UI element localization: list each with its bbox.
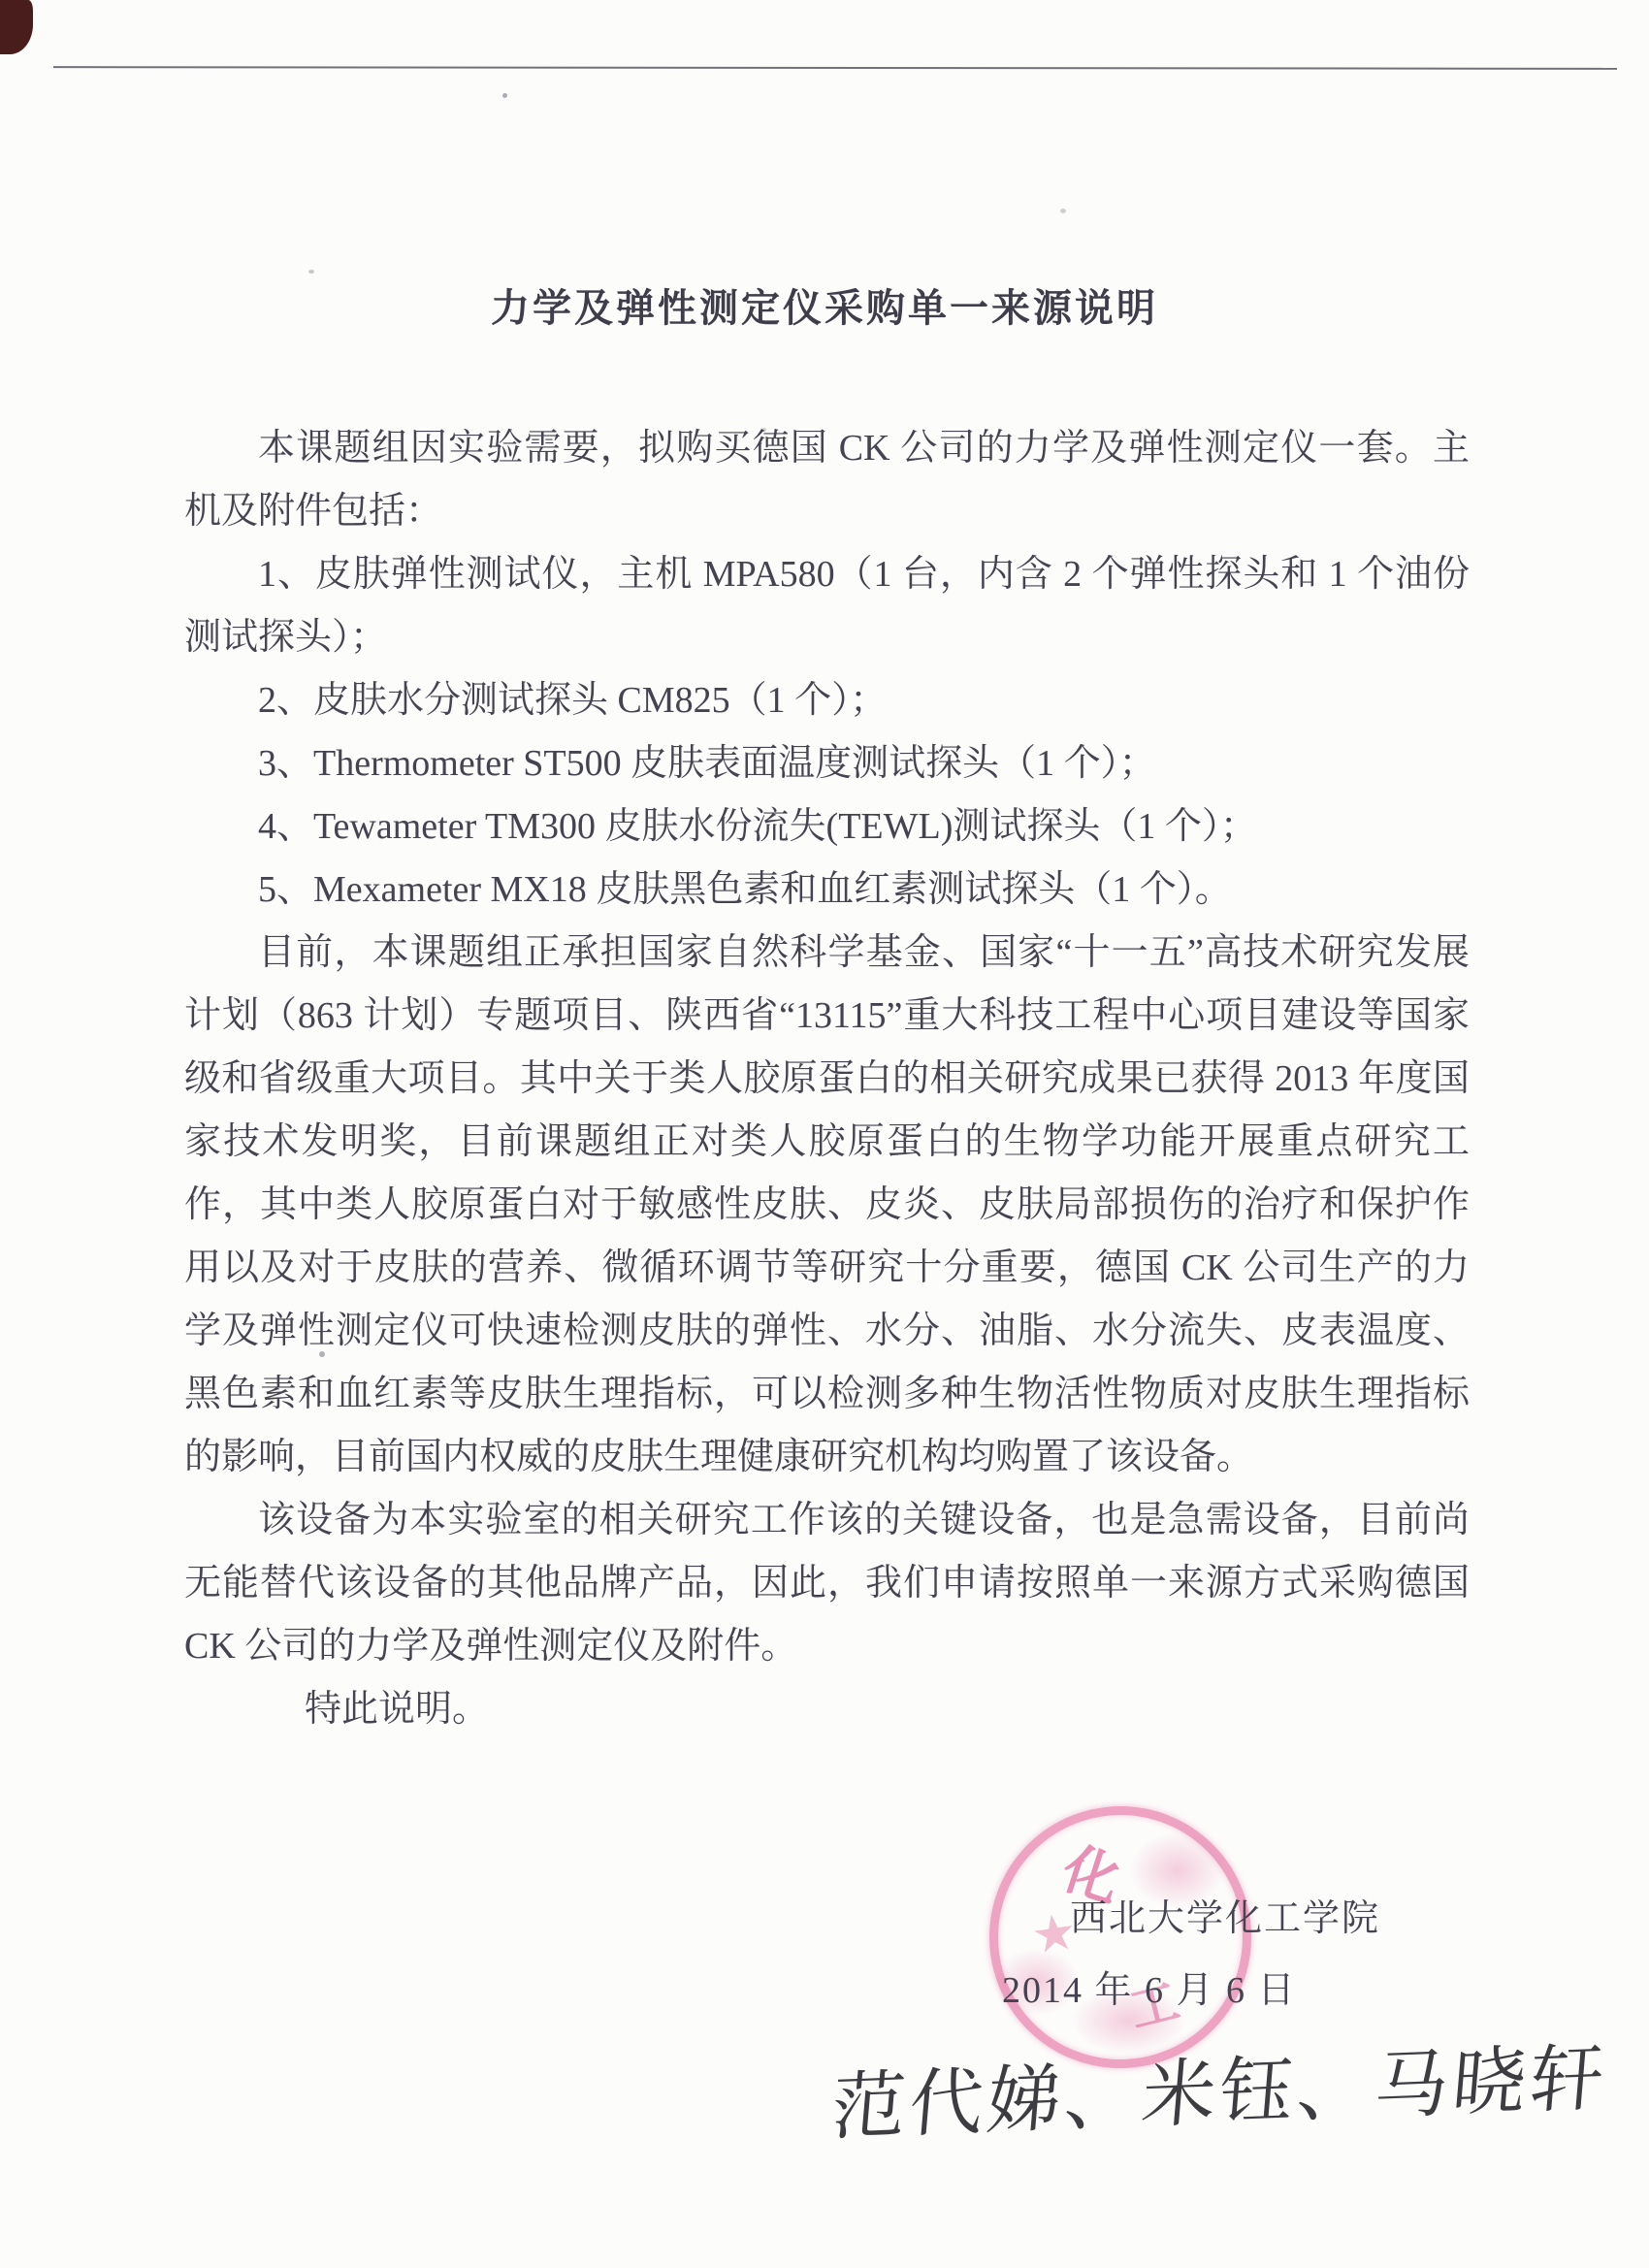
justification-paragraph: 该设备为本实验室的相关研究工作该的关键设备，也是急需设备，目前尚无能替代该设备的… — [184, 1489, 1470, 1678]
scan-speck — [502, 93, 507, 98]
equipment-item-5: 5、Mexameter MX18 皮肤黑色素和血红素测试探头（1 个）。 — [184, 859, 1470, 922]
equipment-item-3: 3、Thermometer ST500 皮肤表面温度测试探头（1 个）； — [184, 732, 1470, 795]
intro-paragraph: 本课题组因实验需要，拟购买德国 CK 公司的力学及弹性测定仪一套。主机及附件包括… — [184, 417, 1470, 543]
document-body: 本课题组因实验需要，拟购买德国 CK 公司的力学及弹性测定仪一套。主机及附件包括… — [184, 417, 1470, 1741]
equipment-item-2: 2、皮肤水分测试探头 CM825（1 个）； — [184, 669, 1470, 732]
signature-organization: 西北大学化工学院 — [1070, 1888, 1380, 1941]
scan-artifact-top-line — [53, 66, 1617, 70]
signature-date: 2014 年 6 月 6 日 — [1002, 1960, 1297, 2013]
background-paragraph: 目前，本课题组正承担国家自然科学基金、国家“十一五”高技术研究发展计划（863 … — [184, 922, 1470, 1489]
equipment-item-1: 1、皮肤弹性测试仪，主机 MPA580（1 台，内含 2 个弹性探头和 1 个油… — [184, 543, 1470, 669]
handwritten-signatures: 范代娣、米钰、马晓轩 — [828, 2022, 1516, 2154]
closing-statement: 特此说明。 — [184, 1678, 1470, 1741]
scan-speck — [308, 270, 314, 274]
scan-speck — [1060, 209, 1066, 213]
equipment-item-4: 4、Tewameter TM300 皮肤水份流失(TEWL)测试探头（1 个）； — [184, 795, 1470, 859]
scan-artifact-corner-blob — [0, 0, 33, 54]
document-title: 力学及弹性测定仪采购单一来源说明 — [0, 277, 1649, 333]
scanned-document-page: 力学及弹性测定仪采购单一来源说明 本课题组因实验需要，拟购买德国 CK 公司的力… — [0, 0, 1649, 2268]
